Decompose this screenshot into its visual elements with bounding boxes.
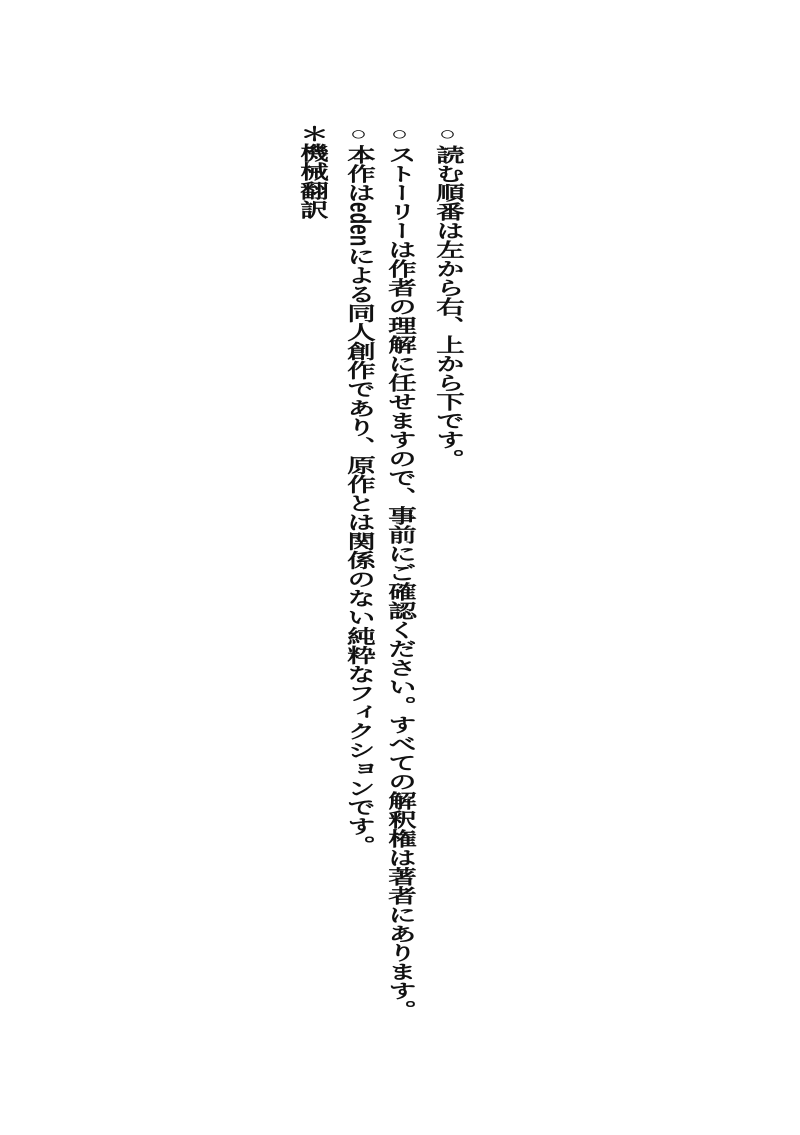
notice-column-fiction-disclaimer: ○本作はedenによる同人創作であり、原作とは関係のない純粋なフィクションです。 — [344, 124, 373, 854]
notice-page: ○読む順番は左から右、上から下です。 ○ストーリーは作者の理解に任せますので、事… — [0, 0, 800, 1135]
notice-column-reading-order: ○読む順番は左から右、上から下です。 — [433, 124, 462, 468]
notice-column-story-interpretation: ○ストーリーは作者の理解に任せますので、事前にご確認ください。すべての解釈権は著… — [385, 124, 414, 1019]
notice-column-machine-translation: ＊機械翻訳 — [297, 124, 326, 219]
